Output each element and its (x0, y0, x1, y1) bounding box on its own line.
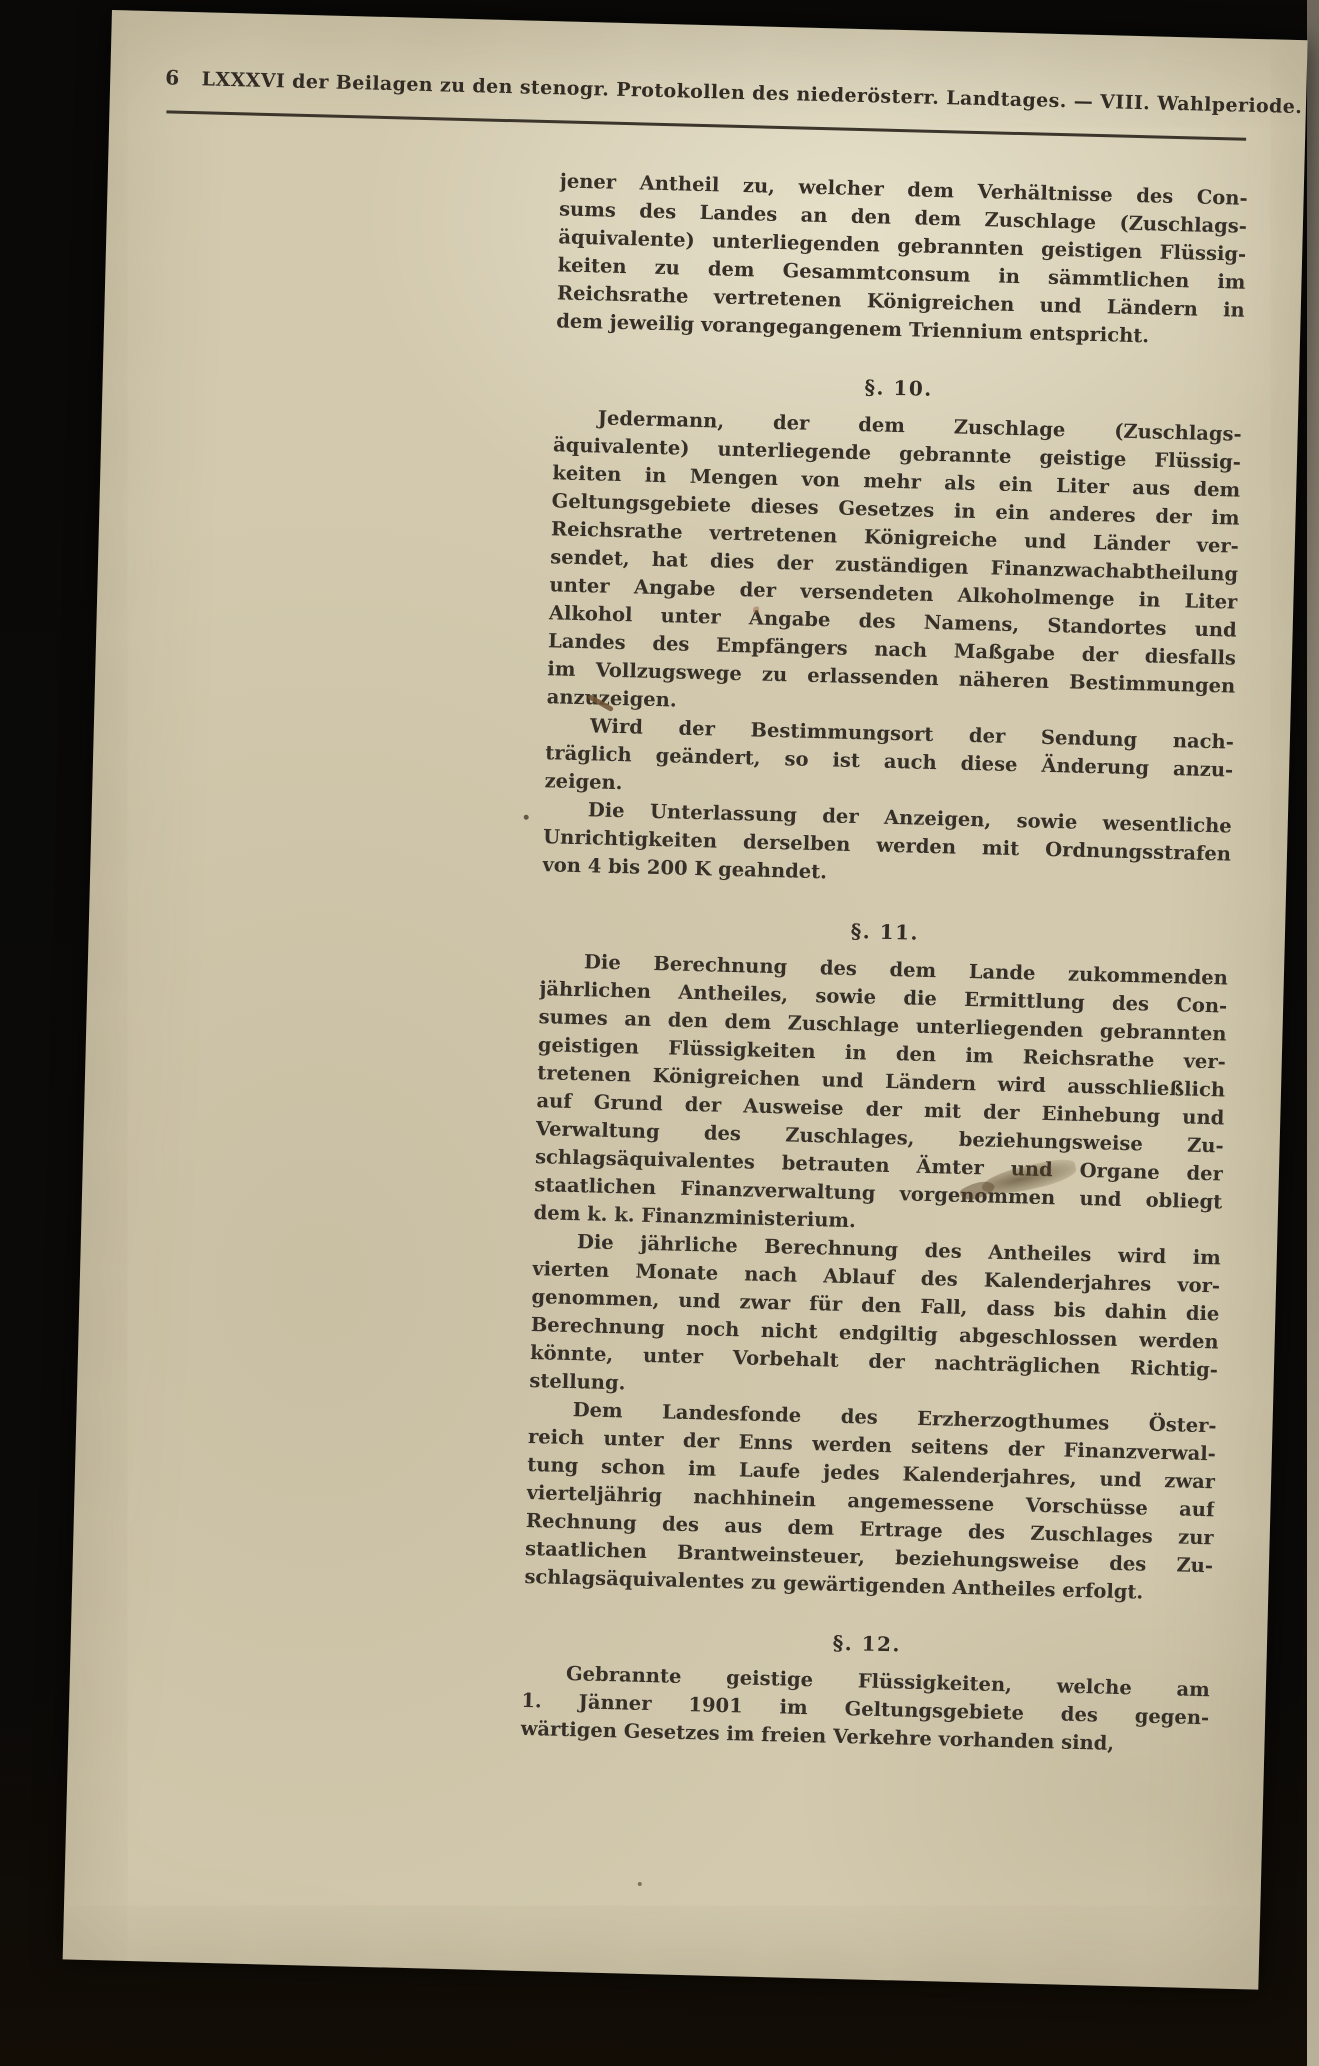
document-page: 6 LXXXVI der Beilagen zu den stenogr. Pr… (63, 10, 1308, 1990)
paragraph: Gebrannte geistige Flüssigkeiten, welche… (520, 1659, 1210, 1760)
paragraph: Die jährliche Berechnung des Antheiles w… (529, 1227, 1221, 1412)
paragraph: Die Berechnung des dem Lande zukommenden… (533, 947, 1228, 1244)
header-rule (166, 110, 1246, 140)
paragraph: Dem Landesfonde des Erzherzogthumes Öste… (524, 1395, 1217, 1608)
section-heading: §. 10. (554, 365, 1242, 410)
paragraph: Die Unterlassung der Anzeigen, sowie wes… (542, 795, 1232, 896)
page-header: 6 LXXXVI der Beilagen zu den stenogr. Pr… (165, 65, 1249, 116)
scanner-background: 6 LXXXVI der Beilagen zu den stenogr. Pr… (0, 0, 1319, 2066)
paper-speck (638, 1882, 642, 1886)
text-body: jener Antheil zu, welcher dem Verhältnis… (520, 167, 1248, 1760)
paragraph: Jedermann, der dem Zuschlage (Zuschlags-… (546, 403, 1242, 728)
header-title: LXXXVI der Beilagen zu den stenogr. Prot… (201, 68, 1302, 118)
paragraph: jener Antheil zu, welcher dem Verhältnis… (556, 167, 1248, 352)
page-number: 6 (165, 65, 180, 89)
section-heading: §. 12. (523, 1621, 1211, 1666)
section-heading: §. 11. (541, 909, 1229, 954)
ink-dot (524, 815, 529, 820)
scan-edge-strip (1307, 0, 1319, 2066)
